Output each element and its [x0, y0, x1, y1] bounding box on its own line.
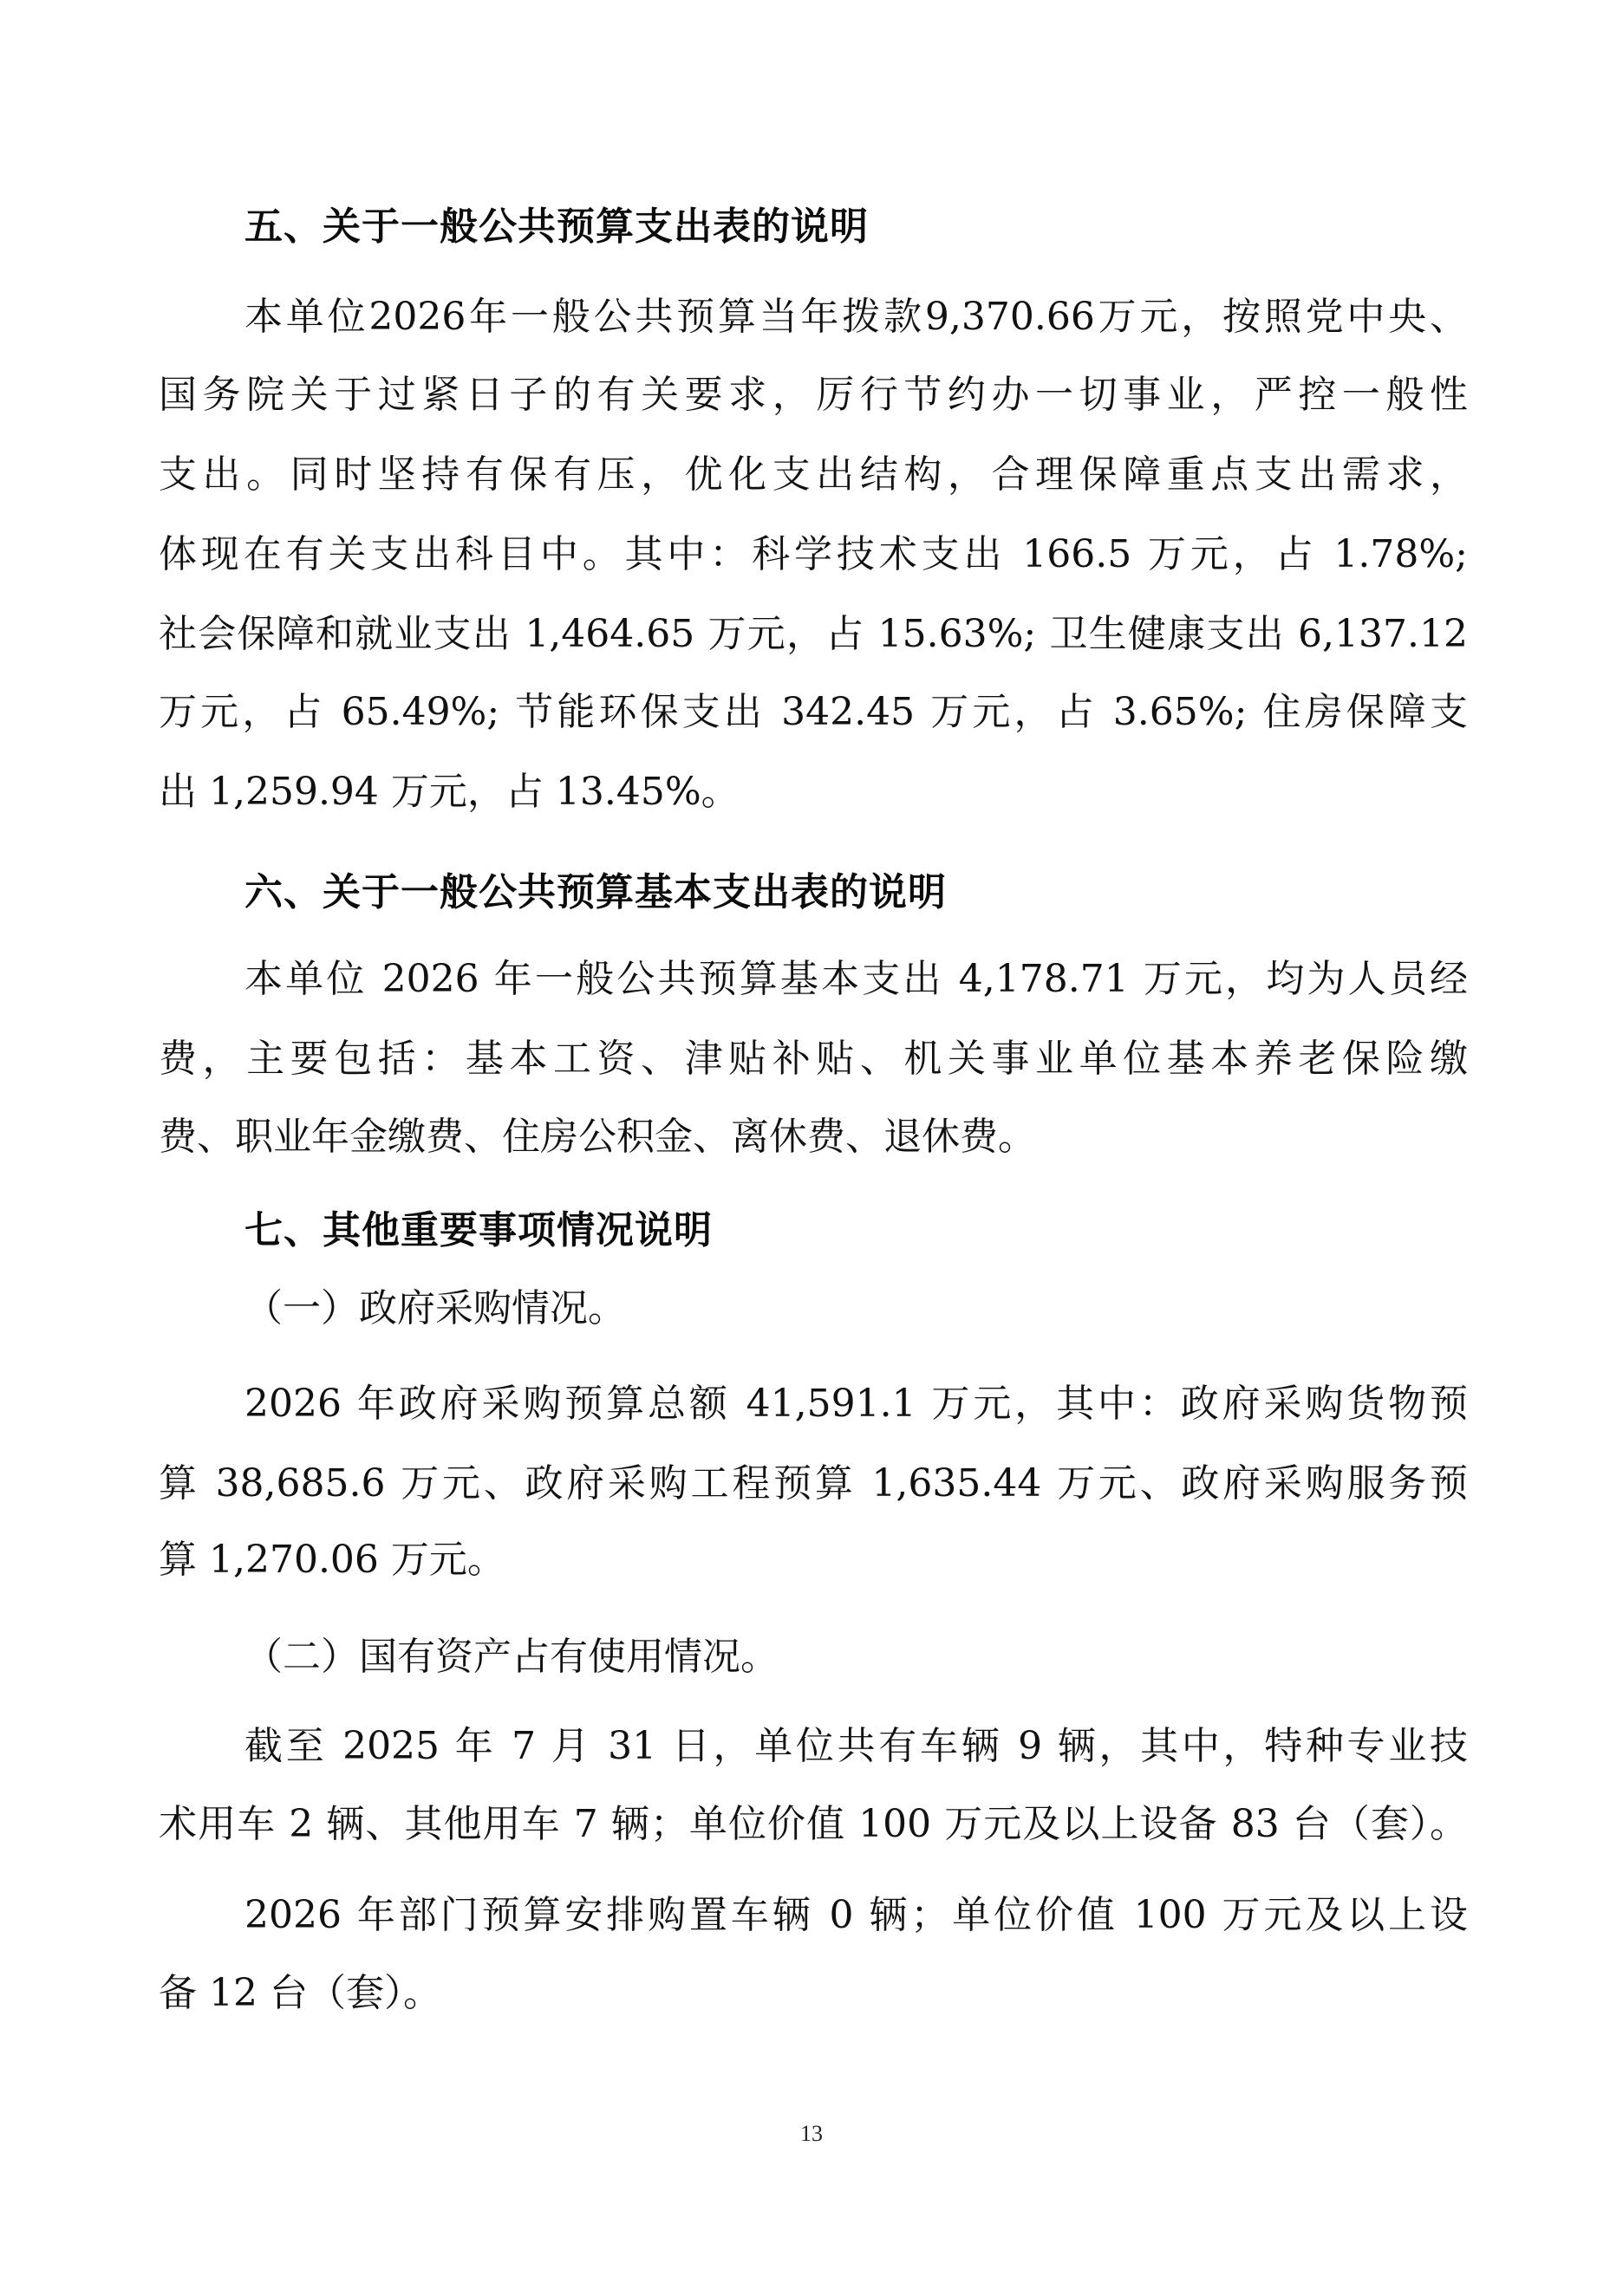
paragraph-line: 术用车 2 辆、其他用车 7 辆；单位价值 100 万元及以上设备 83 台（套…	[159, 1800, 1468, 1849]
paragraph-line: 费、职业年金缴费、住房公积金、离休费、退休费。	[159, 1113, 1468, 1161]
page-number: 13	[0, 2120, 1623, 2148]
paragraph-line: 支出。同时坚持有保有压，优化支出结构，合理保障重点支出需求，	[159, 451, 1468, 499]
paragraph-line: 出 1,259.94 万元，占 13.45%。	[159, 768, 1468, 816]
section-six-heading: 六、关于一般公共预算基本支出表的说明	[244, 868, 947, 917]
paragraph-line: 本单位 2026 年一般公共预算基本支出 4,178.71 万元，均为人员经	[244, 955, 1468, 1004]
paragraph-line: 万元，占 65.49%; 节能环保支出 342.45 万元，占 3.65%; 住…	[159, 688, 1468, 737]
paragraph-line: 国务院关于过紧日子的有关要求，厉行节约办一切事业，严控一般性	[159, 371, 1468, 420]
paragraph-line: 算 1,270.06 万元。	[159, 1536, 1468, 1584]
paragraph-line: 费，主要包括：基本工资、津贴补贴、机关事业单位基本养老保险缴	[159, 1035, 1468, 1083]
section-five-heading: 五、关于一般公共预算支出表的说明	[244, 203, 869, 251]
paragraph-line: 截至 2025 年 7 月 31 日，单位共有车辆 9 辆，其中，特种专业技	[244, 1722, 1468, 1771]
document-page: 五、关于一般公共预算支出表的说明 本单位2026年一般公共预算当年拨款9,370…	[0, 0, 1623, 2296]
paragraph-line: 社会保障和就业支出 1,464.65 万元，占 15.63%; 卫生健康支出 6…	[159, 610, 1468, 659]
assets-subheading: （二）国有资产占有使用情况。	[244, 1633, 779, 1681]
section-seven-heading: 七、其他重要事项情况说明	[244, 1207, 713, 1255]
paragraph-line: 算 38,685.6 万元、政府采购工程预算 1,635.44 万元、政府采购服…	[159, 1460, 1468, 1508]
paragraph-line: 体现在有关支出科目中。其中：科学技术支出 166.5 万元，占 1.78%;	[159, 530, 1468, 579]
procurement-subheading: （一）政府采购情况。	[244, 1285, 626, 1333]
paragraph-line: 2026 年部门预算安排购置车辆 0 辆；单位价值 100 万元及以上设	[244, 1891, 1468, 1940]
paragraph-line: 备 12 台（套）。	[159, 1969, 1468, 2018]
paragraph-line: 本单位2026年一般公共预算当年拨款9,370.66万元，按照党中央、	[244, 293, 1468, 341]
paragraph-line: 2026 年政府采购预算总额 41,591.1 万元，其中：政府采购货物预	[244, 1380, 1468, 1428]
